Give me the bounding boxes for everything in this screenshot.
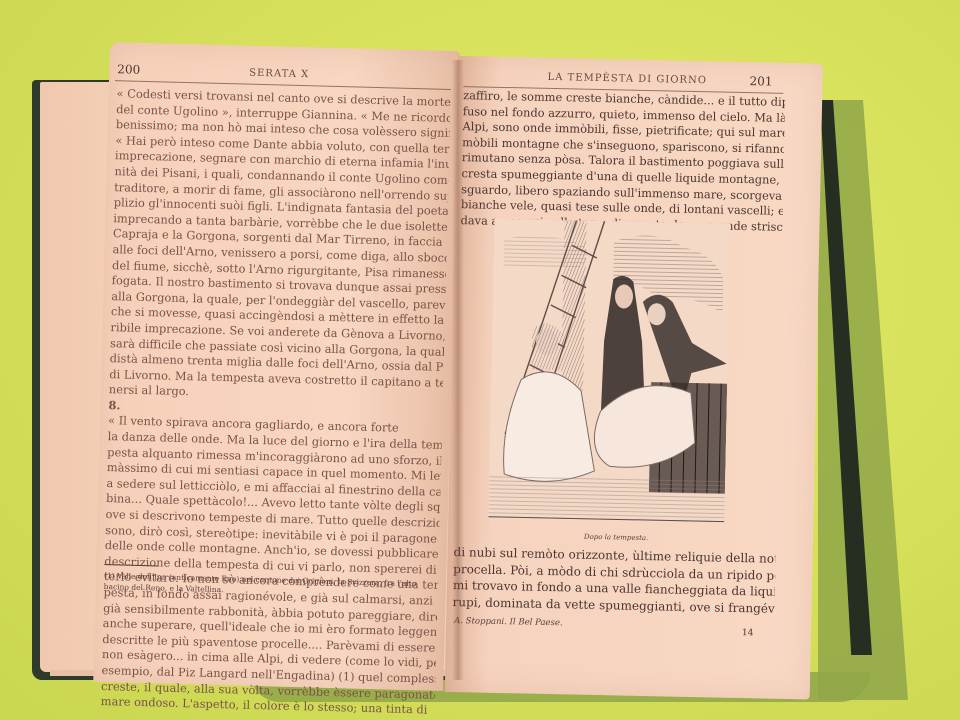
left-page: 200 SERATA X « Codesti versi trovansi ne… bbox=[93, 42, 460, 691]
left-body-text: « Codesti versi trovansi nel canto ove s… bbox=[101, 86, 451, 718]
printer-signature: A. Stoppani. Il Bel Paese. bbox=[454, 616, 563, 628]
right-running-header: LA TEMPÈSTA DI GIORNO bbox=[547, 72, 747, 87]
signature-mark: 14 bbox=[742, 628, 754, 638]
right-page-number: 201 bbox=[749, 74, 772, 88]
right-body-text-continued: di nubi sul remòto orizzonte, ùltime rel… bbox=[452, 544, 775, 617]
right-body-text: zaffiro, le somme creste bianche, càndid… bbox=[460, 88, 785, 235]
illustration-engraving bbox=[488, 219, 730, 524]
engraving-drawing bbox=[488, 219, 730, 524]
section-number: 8. bbox=[108, 398, 120, 412]
book-gutter bbox=[452, 60, 464, 680]
left-running-header: SERATA X bbox=[249, 68, 369, 82]
right-page: LA TEMPÈSTA DI GIORNO 201 zaffiro, le so… bbox=[445, 56, 823, 700]
illustration-caption: Dopo la tempesta. bbox=[584, 533, 649, 542]
left-page-number: 200 bbox=[117, 62, 140, 77]
